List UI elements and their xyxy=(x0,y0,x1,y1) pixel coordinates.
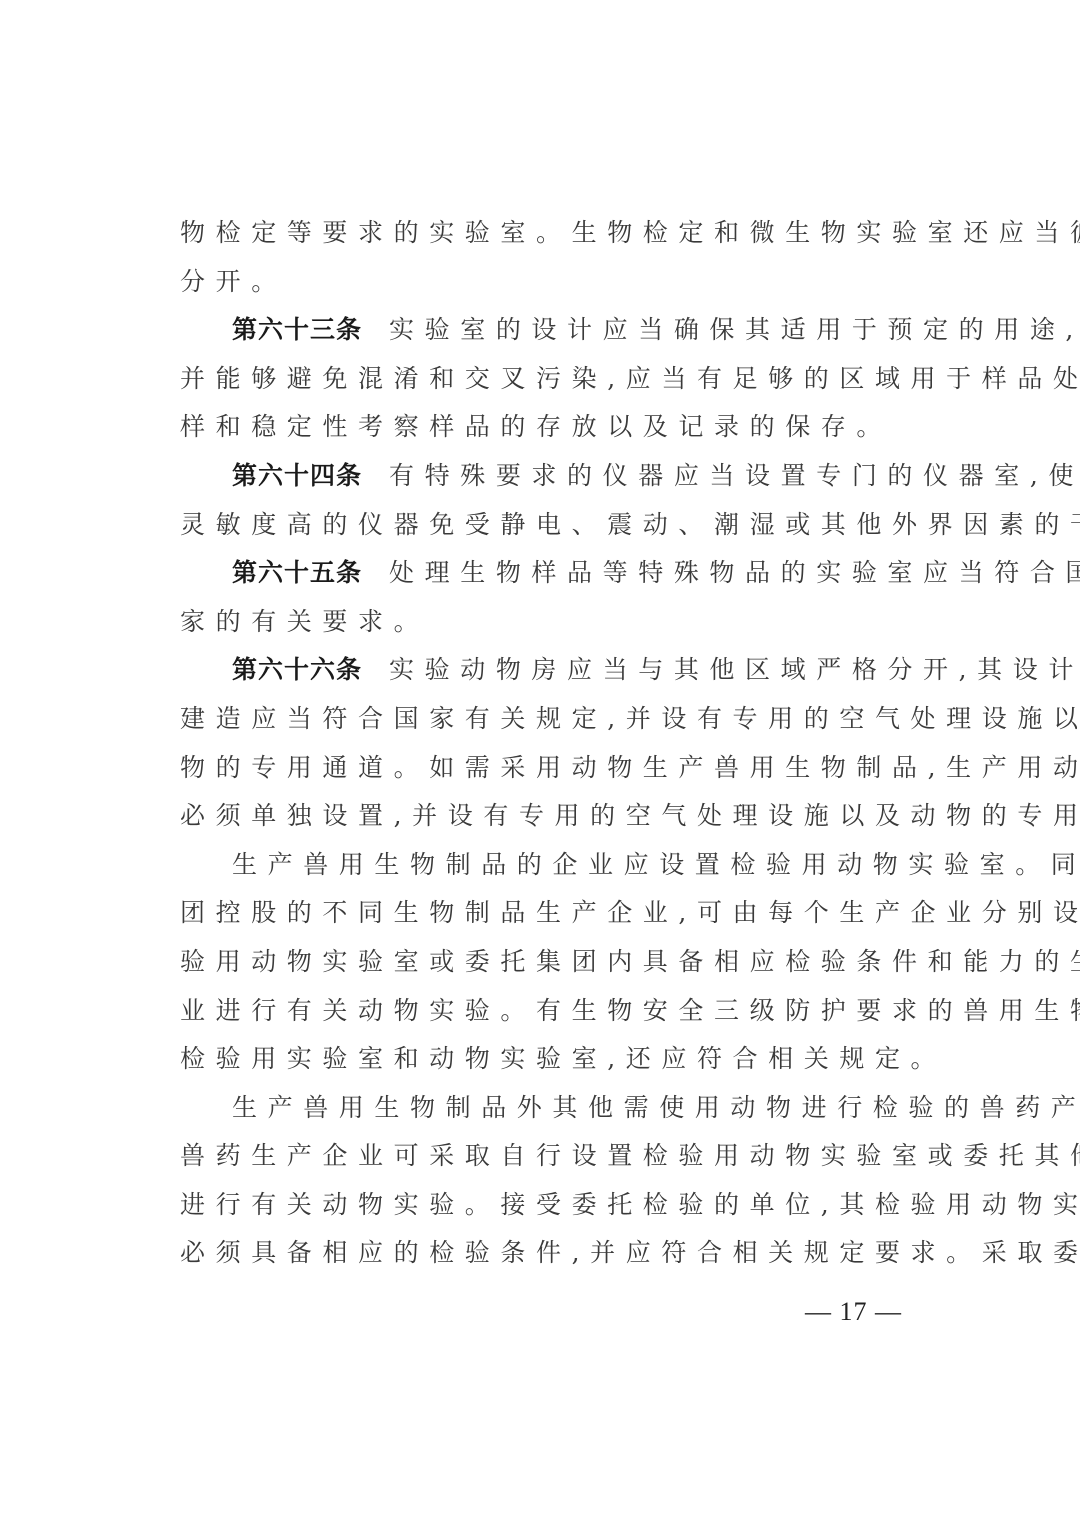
article-65-line: 第六十五条处理生物样品等特殊物品的实验室应当符合国 xyxy=(180,549,910,598)
text-line: 物的专用通道。如需采用动物生产兽用生物制品,生产用动物房 xyxy=(180,744,910,793)
line-text: 进行有关动物实验。接受委托检验的单位,其检验用动物实验室 xyxy=(180,1190,1080,1219)
text-line: 兽药生产企业可采取自行设置检验用动物实验室或委托其他单位 xyxy=(180,1132,910,1181)
line-text: 业进行有关动物实验。有生物安全三级防护要求的兽用生物制品 xyxy=(180,996,1080,1025)
article-number: 第六十五条 xyxy=(232,558,362,587)
line-text: 物检定等要求的实验室。生物检定和微生物实验室还应当彼此 xyxy=(180,218,1080,247)
line-text: 家的有关要求。 xyxy=(180,607,429,636)
body-text: 物检定等要求的实验室。生物检定和微生物实验室还应当彼此 分开。 第六十三条实验室… xyxy=(180,209,910,1278)
line-text: 灵敏度高的仪器免受静电、震动、潮湿或其他外界因素的干扰。 xyxy=(180,510,1080,539)
line-text: 处理生物样品等特殊物品的实验室应当符合国 xyxy=(389,558,1080,587)
line-text: 必须单独设置,并设有专用的空气处理设施以及动物的专用通道。 xyxy=(180,801,1080,830)
text-line: 物检定等要求的实验室。生物检定和微生物实验室还应当彼此 xyxy=(180,209,910,258)
article-number: 第六十四条 xyxy=(232,461,362,490)
page-number: — 17 — xyxy=(805,1297,902,1327)
text-line: 建造应当符合国家有关规定,并设有专用的空气处理设施以及动 xyxy=(180,695,910,744)
article-66-line: 第六十六条实验动物房应当与其他区域严格分开,其设计、 xyxy=(180,646,910,695)
line-text: 有特殊要求的仪器应当设置专门的仪器室,使 xyxy=(389,461,1080,490)
text-line: 验用动物实验室或委托集团内具备相应检验条件和能力的生产企 xyxy=(180,938,910,987)
paragraph-start-line: 生产兽用生物制品外其他需使用动物进行检验的兽药产品, xyxy=(180,1084,910,1133)
line-text: 生产兽用生物制品的企业应设置检验用动物实验室。同一集 xyxy=(232,850,1080,879)
line-text: 物的专用通道。如需采用动物生产兽用生物制品,生产用动物房 xyxy=(180,753,1080,782)
line-text: 分开。 xyxy=(180,267,287,296)
document-page: 物检定等要求的实验室。生物检定和微生物实验室还应当彼此 分开。 第六十三条实验室… xyxy=(0,0,1080,1529)
text-line: 必须具备相应的检验条件,并应符合相关规定要求。采取委托检 xyxy=(180,1229,910,1278)
article-number: 第六十三条 xyxy=(232,315,362,344)
article-64-line: 第六十四条有特殊要求的仪器应当设置专门的仪器室,使 xyxy=(180,452,910,501)
line-text: 必须具备相应的检验条件,并应符合相关规定要求。采取委托检 xyxy=(180,1238,1080,1267)
text-line: 分开。 xyxy=(180,258,910,307)
line-text: 生产兽用生物制品外其他需使用动物进行检验的兽药产品, xyxy=(232,1093,1080,1122)
line-text: 验用动物实验室或委托集团内具备相应检验条件和能力的生产企 xyxy=(180,947,1080,976)
line-text: 实验室的设计应当确保其适用于预定的用途, xyxy=(389,315,1080,344)
text-line: 家的有关要求。 xyxy=(180,598,910,647)
line-text: 建造应当符合国家有关规定,并设有专用的空气处理设施以及动 xyxy=(180,704,1080,733)
text-line: 业进行有关动物实验。有生物安全三级防护要求的兽用生物制品 xyxy=(180,987,910,1036)
text-line: 团控股的不同生物制品生产企业,可由每个生产企业分别设置检 xyxy=(180,889,910,938)
article-63-line: 第六十三条实验室的设计应当确保其适用于预定的用途, xyxy=(180,306,910,355)
text-line: 灵敏度高的仪器免受静电、震动、潮湿或其他外界因素的干扰。 xyxy=(180,501,910,550)
line-text: 团控股的不同生物制品生产企业,可由每个生产企业分别设置检 xyxy=(180,898,1080,927)
line-text: 实验动物房应当与其他区域严格分开,其设计、 xyxy=(389,655,1080,684)
line-text: 兽药生产企业可采取自行设置检验用动物实验室或委托其他单位 xyxy=(180,1141,1080,1170)
text-line: 进行有关动物实验。接受委托检验的单位,其检验用动物实验室 xyxy=(180,1181,910,1230)
line-text: 检验用实验室和动物实验室,还应符合相关规定。 xyxy=(180,1044,946,1073)
text-line: 必须单独设置,并设有专用的空气处理设施以及动物的专用通道。 xyxy=(180,792,910,841)
text-line: 检验用实验室和动物实验室,还应符合相关规定。 xyxy=(180,1035,910,1084)
article-number: 第六十六条 xyxy=(232,655,362,684)
paragraph-start-line: 生产兽用生物制品的企业应设置检验用动物实验室。同一集 xyxy=(180,841,910,890)
line-text: 样和稳定性考察样品的存放以及记录的保存。 xyxy=(180,412,892,441)
text-line: 样和稳定性考察样品的存放以及记录的保存。 xyxy=(180,403,910,452)
text-line: 并能够避免混淆和交叉污染,应当有足够的区域用于样品处置、留 xyxy=(180,355,910,404)
line-text: 并能够避免混淆和交叉污染,应当有足够的区域用于样品处置、留 xyxy=(180,364,1080,393)
